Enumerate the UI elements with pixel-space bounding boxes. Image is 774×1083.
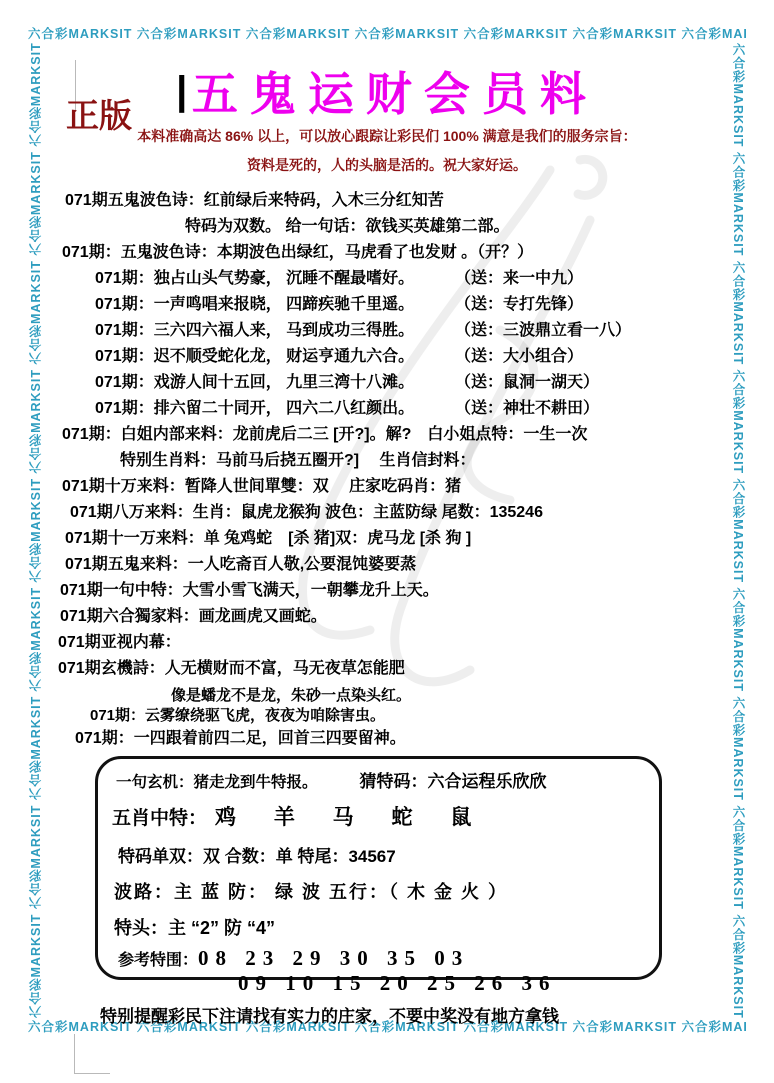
gift-text: （送：神壮不耕田） — [455, 400, 599, 417]
poem-text: 071期：戏游人间十五回， 九里三湾十八滩。 — [95, 370, 455, 396]
tip-line: 071期：戏游人间十五回， 九里三湾十八滩。（送：鼠洞一湖天） — [48, 370, 726, 396]
title-bar-glyph: | — [176, 69, 187, 113]
tip-line-couplet: 071期： 像是蟠龙不是龙，朱砂一点染头红。 云雾缭绕驱飞虎，夜夜为咱除害虫。 — [48, 682, 726, 726]
range-numbers-row1: 08 23 29 30 35 03 — [198, 946, 469, 970]
page-title: 五鬼运财会员料 — [192, 69, 598, 120]
range-line-1: 参考特围：08 23 29 30 35 03 — [98, 940, 659, 971]
tip-line: 071期：独占山头气势豪， 沉睡不醒最嗜好。（送：来一中九） — [48, 266, 726, 292]
tip-line: 071期亚视内幕： — [48, 630, 726, 656]
couplet-line1: 像是蟠龙不是龙，朱砂一点染头红。 — [145, 687, 411, 704]
prediction-box: 一句玄机：猪走龙到牛特报。猜特码：六合运程乐欣欣 五肖中特：鸡 羊 马 蛇 鼠 … — [95, 756, 662, 980]
tip-sheet-page: 六合彩MARKSIT 六合彩MARKSIT 六合彩MARKSIT 六合彩MARK… — [0, 0, 774, 1083]
edition-label: 正版 — [66, 90, 132, 137]
frame-border-left: 六合彩MARKSIT 六合彩MARKSIT 六合彩MARKSIT 六合彩MARK… — [28, 43, 45, 1018]
sheet-header: 正版 | 五鬼运财会员料 本料准确高达 86% 以上，可以放心跟踪让彩民们 10… — [48, 54, 726, 175]
mystery-line: 一句玄机：猪走龙到牛特报。猜特码：六合运程乐欣欣 — [98, 759, 659, 792]
tip-line: 071期：一四跟着前四二足，回首三四要留神。 — [48, 726, 726, 752]
tip-line: 071期八万来料：生肖：鼠虎龙猴狗 波色：主蓝防绿 尾数：135246 — [48, 500, 726, 526]
mystery-text: 一句玄机：猪走龙到牛特报。 — [116, 774, 318, 791]
range-label: 参考特围： — [118, 952, 198, 969]
tip-line: 071期：排六留二十同开， 四六二八红颜出。（送：神壮不耕田） — [48, 396, 726, 422]
subtitle-accuracy: 本料准确高达 86% 以上，可以放心跟踪让彩民们 100% 满意是我们的服务宗旨… — [48, 126, 726, 146]
tip-line: 071期五鬼来料：一人吃斋百人敬,公要混饨婆要蒸 — [48, 552, 726, 578]
scan-artifact-line — [74, 1073, 110, 1074]
poem-text: 071期：三六四六福人来， 马到成功三得胜。 — [95, 318, 455, 344]
range-numbers-row2: 09 10 15 20 25 26 36 — [238, 971, 557, 995]
gift-text: （送：专打先锋） — [455, 296, 583, 313]
gift-text: （送：鼠洞一湖天） — [455, 374, 599, 391]
tip-line: 071期：一声鸣唱来报晓， 四蹄疾驰千里遥。（送：专打先锋） — [48, 292, 726, 318]
gift-text: （送：大小组合） — [455, 348, 583, 365]
parity-line: 特码单双：双 合数：单 特尾：34567 — [98, 831, 659, 867]
tip-line: 071期十万来料：暂降人世间單雙：双 庄家吃码肖：猪 — [48, 474, 726, 500]
tip-line: 特别生肖料：马前马后挠五圈开?] 生肖信封料： — [48, 448, 726, 474]
wave-line: 波路：主 蓝 防： 绿 波 五行：（ 木 金 火 ） — [98, 867, 659, 904]
frame-border-right: 六合彩MARKSIT 六合彩MARKSIT 六合彩MARKSIT 六合彩MARK… — [729, 43, 746, 1018]
tip-line: 071期六合獨家料：画龙画虎又画蛇。 — [48, 604, 726, 630]
tip-line: 特码为双数。 给一句话：欲钱买英雄第二部。 — [48, 214, 726, 240]
poem-text: 071期：一声鸣唱来报晓， 四蹄疾驰千里遥。 — [95, 292, 455, 318]
sheet-content: 正版 | 五鬼运财会员料 本料准确高达 86% 以上，可以放心跟踪让彩民们 10… — [48, 54, 726, 1027]
gift-text: （送：来一中九） — [455, 270, 583, 287]
tip-line: 071期十一万来料：单 兔鸡蛇 [杀 猪]双：虎马龙 [杀 狗 ] — [48, 526, 726, 552]
head-line: 特头：主 “2” 防 “4” — [98, 904, 659, 940]
poem-text: 071期：独占山头气势豪， 沉睡不醒最嗜好。 — [95, 266, 455, 292]
tip-line: 071期：白姐内部来料：龙前虎后二三 [开?]。解? 白小姐点特：一生一次 — [48, 422, 726, 448]
poem-text: 071期：排六留二十同开， 四六二八红颜出。 — [95, 396, 455, 422]
scan-artifact-line — [74, 1034, 75, 1074]
five-zodiac-value: 鸡 羊 马 蛇 鼠 — [215, 806, 487, 829]
couplet-lines: 像是蟠龙不是龙，朱砂一点染头红。 云雾缭绕驱飞虎，夜夜为咱除害虫。 — [145, 686, 411, 726]
tip-line: 071期玄機詩：人无横财而不富，马无夜草怎能肥 — [48, 656, 726, 682]
tip-lines: 071期五鬼波色诗：红前绿后来特码，入木三分红知苦 特码为双数。 给一句话：欲钱… — [48, 188, 726, 752]
tip-line: 071期：迟不顺受蛇化龙， 财运亨通九六合。（送：大小组合） — [48, 344, 726, 370]
gift-text: （送：三波鼎立看一八） — [455, 322, 631, 339]
subtitle-blessing: 资料是死的，人的头脑是活的。祝大家好运。 — [48, 155, 726, 175]
couplet-line2: 云雾缭绕驱飞虎，夜夜为咱除害虫。 — [145, 707, 385, 724]
poem-text: 071期：迟不顺受蛇化龙， 财运亨通九六合。 — [95, 344, 455, 370]
guess-text: 猜特码：六合运程乐欣欣 — [360, 772, 547, 791]
tip-line: 071期：五鬼波色诗：本期波色出绿红，马虎看了也发财 。（开？） — [48, 240, 726, 266]
tip-line: 071期一句中特：大雪小雪飞满天，一朝攀龙升上天。 — [48, 578, 726, 604]
frame-border-top: 六合彩MARKSIT 六合彩MARKSIT 六合彩MARKSIT 六合彩MARK… — [28, 26, 746, 43]
title-row: | 五鬼运财会员料 — [48, 58, 726, 124]
tip-line: 071期：三六四六福人来， 马到成功三得胜。（送：三波鼎立看一八） — [48, 318, 726, 344]
five-zodiac-label: 五肖中特： — [112, 808, 207, 829]
range-line-2: 09 10 15 20 25 26 36 — [98, 971, 659, 1002]
couplet-label: 071期： — [90, 706, 145, 726]
tip-line: 071期五鬼波色诗：红前绿后来特码，入木三分红知苦 — [48, 188, 726, 214]
footer-warning: 特别提醒彩民下注请找有实力的庄家，不要中奖没有地方拿钱 — [48, 1002, 726, 1027]
five-zodiac-line: 五肖中特：鸡 羊 马 蛇 鼠 — [98, 792, 659, 831]
